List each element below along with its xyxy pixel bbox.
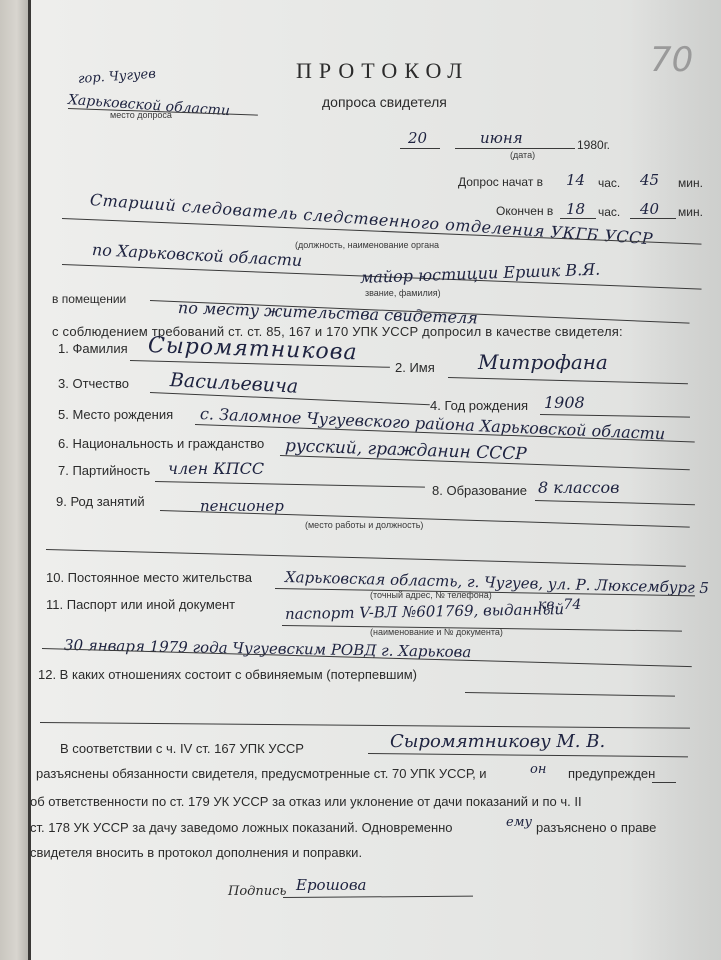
- patronymic-label: 3. Отчество: [58, 376, 129, 391]
- page-number: 70: [650, 40, 693, 80]
- surname-label: 1. Фамилия: [58, 341, 128, 356]
- rights-warned-line: [652, 782, 676, 783]
- date-year-value: 1980: [577, 138, 604, 152]
- rights-warned: предупрежден: [568, 766, 655, 781]
- page-shadow: [631, 0, 721, 960]
- rights-pronoun: он: [530, 762, 546, 777]
- date-year: 1980г.: [577, 138, 610, 152]
- birthplace-label: 5. Место рождения: [58, 407, 173, 422]
- signature-label: Подпись: [228, 884, 287, 899]
- document-subtitle: допроса свидетеля: [322, 94, 447, 110]
- party-value: член КПСС: [168, 459, 264, 478]
- date-day-line: [400, 148, 440, 149]
- start-label: Допрос начат в: [458, 175, 543, 189]
- compliance-text: с соблюдением требований ст. ст. 85, 167…: [52, 324, 623, 339]
- start-minutes-unit: мин.: [678, 176, 703, 190]
- education-label: 8. Образование: [432, 483, 527, 498]
- place-caption: место допроса: [110, 110, 172, 120]
- party-label: 7. Партийность: [58, 463, 150, 478]
- residence-caption: (точный адрес, № телефона): [370, 590, 492, 600]
- start-hours: 14: [566, 171, 585, 189]
- end-hours: 18: [566, 200, 585, 218]
- birth-year-value: 1908: [544, 393, 585, 412]
- investigator-caption-2: звание, фамилия): [365, 288, 441, 298]
- occupation-caption: (место работы и должность): [305, 520, 423, 530]
- occupation-label: 9. Род занятий: [56, 494, 145, 509]
- education-value: 8 классов: [538, 478, 619, 497]
- start-hours-unit: час.: [598, 176, 620, 190]
- passport-label: 11. Паспорт или иной документ: [46, 597, 235, 612]
- passport-caption: (наименование и № документа): [370, 627, 503, 637]
- end-hours-line: [560, 218, 596, 219]
- residence-label: 10. Постоянное место жительства: [46, 570, 252, 585]
- date-month: июня: [480, 129, 523, 147]
- rights-line-4: ст. 178 УК УССР за дачу заведомо ложных …: [30, 820, 453, 835]
- signature-value: Ерошова: [296, 876, 367, 894]
- name-label: 2. Имя: [395, 360, 435, 375]
- rights-pronoun-2: ему: [506, 815, 532, 830]
- nationality-label: 6. Национальность и гражданство: [58, 436, 264, 451]
- rights-line-4-suffix: разъяснено о праве: [536, 820, 656, 835]
- start-minutes: 45: [640, 171, 659, 189]
- date-day: 20: [408, 129, 427, 147]
- date-month-line: [455, 148, 575, 149]
- investigator-caption-1: (должность, наименование органа: [295, 240, 439, 250]
- premises-label: в помещении: [52, 292, 126, 306]
- rights-witness-name: Сыромятникову М. В.: [390, 731, 605, 752]
- rights-line-5: свидетеля вносить в протокол дополнения …: [30, 845, 362, 860]
- rights-line-3: об ответственности по ст. 179 УК УССР за…: [30, 794, 582, 809]
- birth-year-label: 4. Год рождения: [430, 398, 528, 413]
- end-minutes-unit: мин.: [678, 205, 703, 219]
- name-value: Митрофана: [478, 350, 608, 374]
- date-caption: (дата): [510, 150, 535, 160]
- relation-label: 12. В каких отношениях состоит с обвиняе…: [38, 667, 417, 682]
- rights-line-1: В соответствии с ч. IV ст. 167 УПК УССР: [60, 741, 304, 756]
- document-title: ПРОТОКОЛ: [296, 58, 469, 84]
- end-label: Окончен в: [496, 204, 553, 218]
- end-minutes: 40: [640, 200, 659, 218]
- date-year-suffix: г.: [604, 138, 610, 152]
- rights-line-2: разъяснены обязанности свидетеля, предус…: [36, 766, 487, 781]
- end-minutes-line: [630, 218, 676, 219]
- end-hours-unit: час.: [598, 205, 620, 219]
- book-binding: [0, 0, 28, 960]
